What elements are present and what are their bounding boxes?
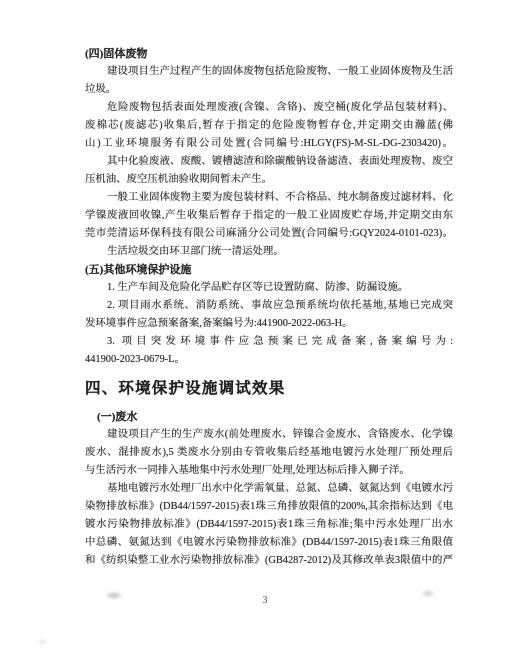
text-line: 441900-2023-0679-L。 (85, 351, 453, 369)
text-line: 建设项目产生的生产废水(前处理废水、锌镍合金废水、含铬废水、化学镍 (85, 426, 453, 444)
heading-line: (一)废水 (85, 408, 453, 426)
text-line: 镀水污染物排放标准》(DB44/1597-2015)表1珠三角标准;集中污水处理… (85, 516, 453, 534)
text-line: 莞市莞清运环保科技有限公司麻涌分公司处置(合同编号:GQY2024-0101-0… (85, 225, 453, 243)
text-line: 中总磷、氨氮达到《电镀水污染物排放标准》(DB44/1597-2015)表1珠三… (85, 534, 453, 552)
text-line: 其中化验废液、废酸、镀槽滤渣和除碳酸钠设备滤渣、表面处理废物、废空 (85, 153, 453, 171)
text-line: 废棉芯(废滤芯)收集后,暂存于指定的危险废物暂存仓,并定期交由瀚蓝(佛 (85, 117, 453, 135)
text-line: 学镍废液回收镍,产生收集后暂存于指定的一般工业固废贮存场,并定期交由东 (85, 207, 453, 225)
heading-line: (四)固体废物 (85, 45, 453, 63)
page-number: 3 (0, 595, 530, 606)
heading-line: (五)其他环境保护设施 (85, 261, 453, 279)
text-line: 生活垃圾交由环卫部门统一清运处理。 (85, 243, 453, 261)
text-line: 山)工业环境服务有限公司处置(合同编号:HLGY(FS)-M-SL-DG-230… (85, 135, 453, 153)
text-line: 1. 生产车间及危险化学品贮存区等已设置防腐、防渗、防漏设施。 (85, 279, 453, 297)
scan-smudge (106, 592, 122, 599)
document-body: (四)固体废物建设项目生产过程产生的固体废物包括危险废物、一般工业固体废物及生活… (85, 45, 453, 570)
text-line: 垃圾。 (85, 81, 453, 99)
text-line: 与生活污水一同排入基地集中污水处理厂处理,处理达标后排入狮子洋。 (85, 462, 453, 480)
document-page: (四)固体废物建设项目生产过程产生的固体废物包括危险废物、一般工业固体废物及生活… (0, 0, 530, 650)
text-line: 2. 项目雨水系统、消防系统、事故应急预系统均依托基地,基地已完成突 (85, 297, 453, 315)
text-line: 和《纺织染整工业水污染物排放标准》(GB4287-2012)及其修改单表3限值中… (85, 552, 453, 570)
text-line: 发环境事件应急预案备案,备案编号为:441900-2022-063-H。 (85, 315, 453, 333)
text-line: 一般工业固体废物主要为废包装材料、不合格品、纯水制备废过滤材料、化 (85, 189, 453, 207)
text-line: 基地电镀污水处理厂出水中化学需氧量、总氮、总磷、氨氮达到《电镀水污 (85, 480, 453, 498)
text-line: 染物排放标准》(DB44/1597-2015)表1珠三角排放限值的200%,其余… (85, 498, 453, 516)
heading-line: 四、环境保护设施调试效果 (85, 380, 453, 398)
scan-smudge (37, 639, 47, 644)
text-line: 压机油、废空压机油验收期间暂未产生。 (85, 171, 453, 189)
text-line: 3. 项目突发环境事件应急预案已完成备案,备案编号为: (85, 333, 453, 351)
text-line: 废水、混排废水),5 类废水分别由专管收集后经基地电镀污水处理厂预处理后 (85, 444, 453, 462)
text-line: 危险废物包括表面处理废液(含镍、含铬)、废空桶(废化学品包装材料)、 (85, 99, 453, 117)
text-line: 建设项目生产过程产生的固体废物包括危险废物、一般工业固体废物及生活 (85, 63, 453, 81)
scan-smudge (422, 590, 434, 597)
